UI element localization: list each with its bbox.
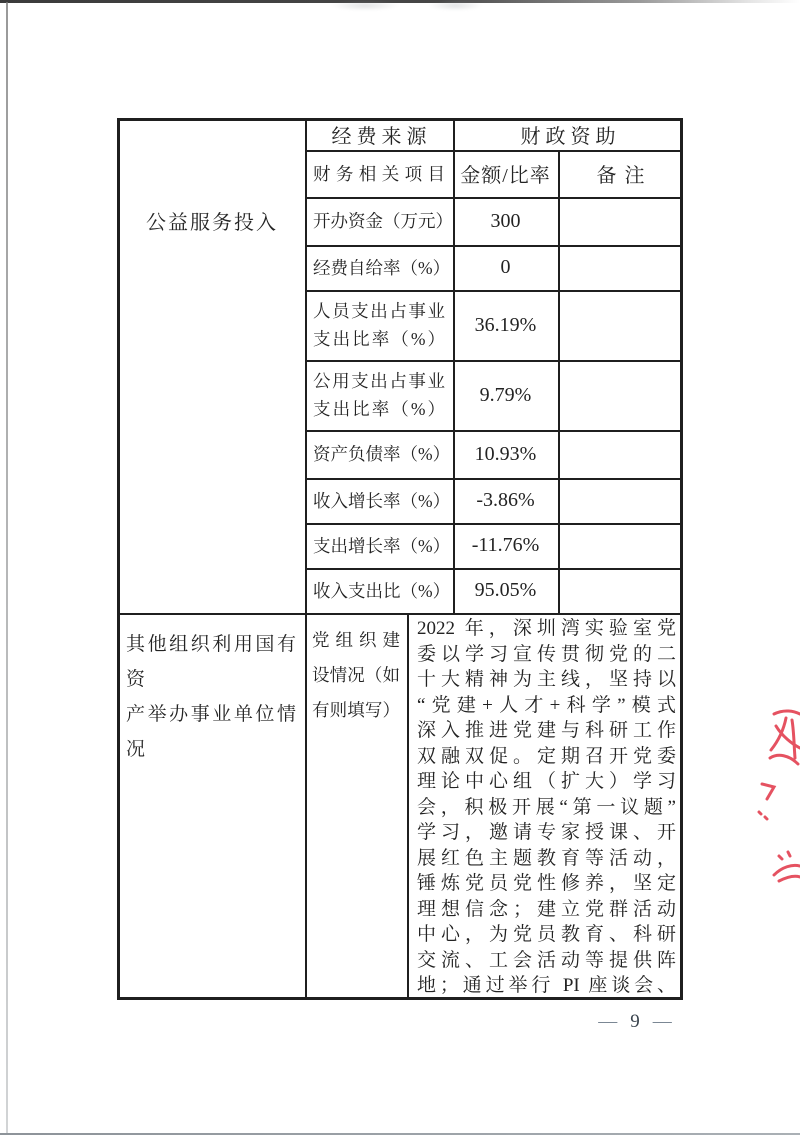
- red-stroke: [779, 876, 800, 881]
- red-stroke: [762, 784, 774, 799]
- item-value: -11.76%: [453, 523, 558, 568]
- remark-cell: [558, 430, 683, 478]
- header-value-column: 金额/比率: [453, 150, 558, 197]
- scan-smudge: [428, 0, 483, 11]
- page-number: — 9 —: [557, 1008, 713, 1036]
- remark-cell: [558, 290, 683, 360]
- red-stroke: [774, 711, 800, 714]
- scan-smudge: [330, 0, 400, 11]
- red-stroke: [779, 856, 782, 859]
- remark-cell: [558, 360, 683, 430]
- remark-cell: [558, 245, 683, 290]
- item-value: 9.79%: [453, 360, 558, 430]
- page-number-value: 9: [630, 1011, 640, 1033]
- row-label-other-org: 其他组织利用国有资 产举办事业单位情况: [117, 613, 305, 767]
- scan-edge-bottom: [0, 1133, 800, 1135]
- item-label: 开办资金（万元）: [305, 197, 453, 245]
- item-value: -3.86%: [453, 478, 558, 523]
- item-value: 300: [453, 197, 558, 245]
- remark-cell: [558, 478, 683, 523]
- header-funding-source-value: 财政资助: [453, 118, 683, 150]
- scan-edge-left: [6, 2, 8, 1134]
- red-stroke: [788, 852, 790, 856]
- page-number-dash: —: [653, 1011, 672, 1033]
- red-stroke: [774, 865, 800, 875]
- header-remark-column: 备注: [558, 150, 683, 197]
- row-label-public-service: 公益服务投入: [117, 204, 305, 236]
- scan-edge-top: [0, 0, 800, 3]
- item-label: 资产负债率（%）: [305, 430, 453, 478]
- remark-cell: [558, 197, 683, 245]
- item-label: 收入支出比（%）: [305, 568, 453, 613]
- party-building-content: 2022 年，深圳湾实验室党 委以学习宣传贯彻党的二 十大精神为主线，坚持以 “…: [407, 613, 683, 1000]
- red-stroke: [765, 817, 767, 819]
- red-stroke: [792, 720, 795, 758]
- item-label: 公用支出占事业 支出比率（%）: [305, 360, 453, 430]
- header-funding-source: 经费来源: [305, 118, 453, 150]
- remark-cell: [558, 523, 683, 568]
- header-item-column: 财务相关项目: [305, 150, 453, 197]
- item-value: 0: [453, 245, 558, 290]
- red-stroke: [759, 812, 761, 814]
- item-label: 收入增长率（%）: [305, 478, 453, 523]
- item-label: 支出增长率（%）: [305, 523, 453, 568]
- item-value: 95.05%: [453, 568, 558, 613]
- item-label: 人员支出占事业 支出比率（%）: [305, 290, 453, 360]
- scanned-document-page: 公益服务投入 经费来源 财政资助 财务相关项目 金额/比率 备注 开办资金（万元…: [0, 0, 800, 1136]
- remark-cell: [558, 568, 683, 613]
- table-border-left: [117, 118, 120, 1000]
- item-label: 经费自给率（%）: [305, 245, 453, 290]
- item-label-party-building: 党组织建 设情况（如 有则填写）: [305, 613, 407, 728]
- page-number-dash: —: [598, 1011, 617, 1033]
- red-ink-marks: [748, 700, 800, 900]
- item-value: 36.19%: [453, 290, 558, 360]
- item-value: 10.93%: [453, 430, 558, 478]
